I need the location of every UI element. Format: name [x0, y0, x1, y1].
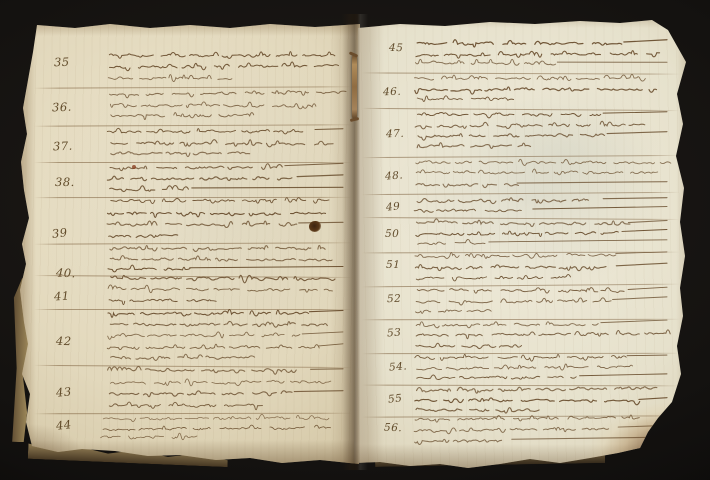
entry-number: 52	[386, 293, 401, 306]
entry-number: 47.	[386, 128, 405, 141]
red-fleck	[132, 165, 136, 169]
handwriting-line	[105, 350, 346, 364]
register-entry	[412, 111, 670, 154]
binding-stitch	[352, 55, 357, 119]
entry-number: 38.	[55, 175, 75, 189]
entry-separator	[34, 162, 352, 163]
register-entry	[412, 253, 670, 286]
entry-separator	[34, 197, 352, 198]
entry-number: 35	[53, 55, 69, 69]
entry-number: 42	[56, 334, 72, 348]
handwriting-line	[412, 303, 670, 317]
entry-number: 55	[388, 392, 404, 405]
handwriting-line	[412, 204, 670, 217]
right-page: 4546.47.48.495051525354.5556.	[350, 16, 696, 468]
entry-number: 43	[55, 384, 72, 399]
register-entry	[412, 416, 670, 449]
entry-number: 53	[386, 327, 401, 340]
register-entry	[105, 128, 346, 162]
register-entry	[105, 52, 346, 86]
entry-number: 40.	[56, 266, 76, 281]
entry-number: 45	[389, 42, 404, 54]
entry-number: 50	[385, 228, 400, 240]
handwriting-line	[412, 56, 670, 71]
handwriting-line	[105, 294, 346, 307]
register-entry	[105, 368, 346, 414]
entry-number: 44	[55, 417, 72, 433]
handwriting-line	[105, 398, 346, 412]
handwriting-line	[105, 71, 346, 85]
entry-number: 46.	[383, 86, 402, 99]
entry-separator	[34, 309, 352, 310]
handwriting-line	[105, 109, 346, 123]
register-entry	[105, 275, 346, 309]
manuscript-photo: 3536.37.38.3940.41424344 4546.47.48.4950…	[0, 0, 710, 480]
register-entry	[105, 310, 346, 367]
entry-number: 36.	[51, 100, 71, 115]
left-page: 3536.37.38.3940.41424344	[20, 22, 360, 466]
entry-number: 54.	[388, 360, 407, 373]
register-entry	[412, 287, 670, 320]
register-entry	[105, 90, 346, 124]
register-entry	[412, 40, 670, 73]
handwriting-line	[412, 433, 670, 448]
handwriting-line	[105, 146, 346, 159]
handwriting-line	[412, 177, 670, 191]
entry-number: 51	[386, 259, 401, 271]
entry-number: 37.	[52, 139, 72, 154]
register-entry	[98, 415, 345, 445]
handwriting-line	[412, 93, 670, 107]
register-entry	[105, 198, 346, 244]
entry-number: 56.	[384, 422, 403, 435]
register-entry	[412, 321, 670, 354]
entry-number: 41	[54, 289, 70, 304]
handwriting-line	[98, 430, 345, 444]
entry-number: 49	[386, 200, 401, 213]
entry-number: 48.	[385, 169, 404, 182]
handwriting-line	[412, 138, 670, 154]
register-entry	[412, 196, 670, 218]
register-entry	[412, 76, 670, 109]
entry-number: 39	[51, 225, 68, 241]
register-entry	[412, 159, 670, 192]
